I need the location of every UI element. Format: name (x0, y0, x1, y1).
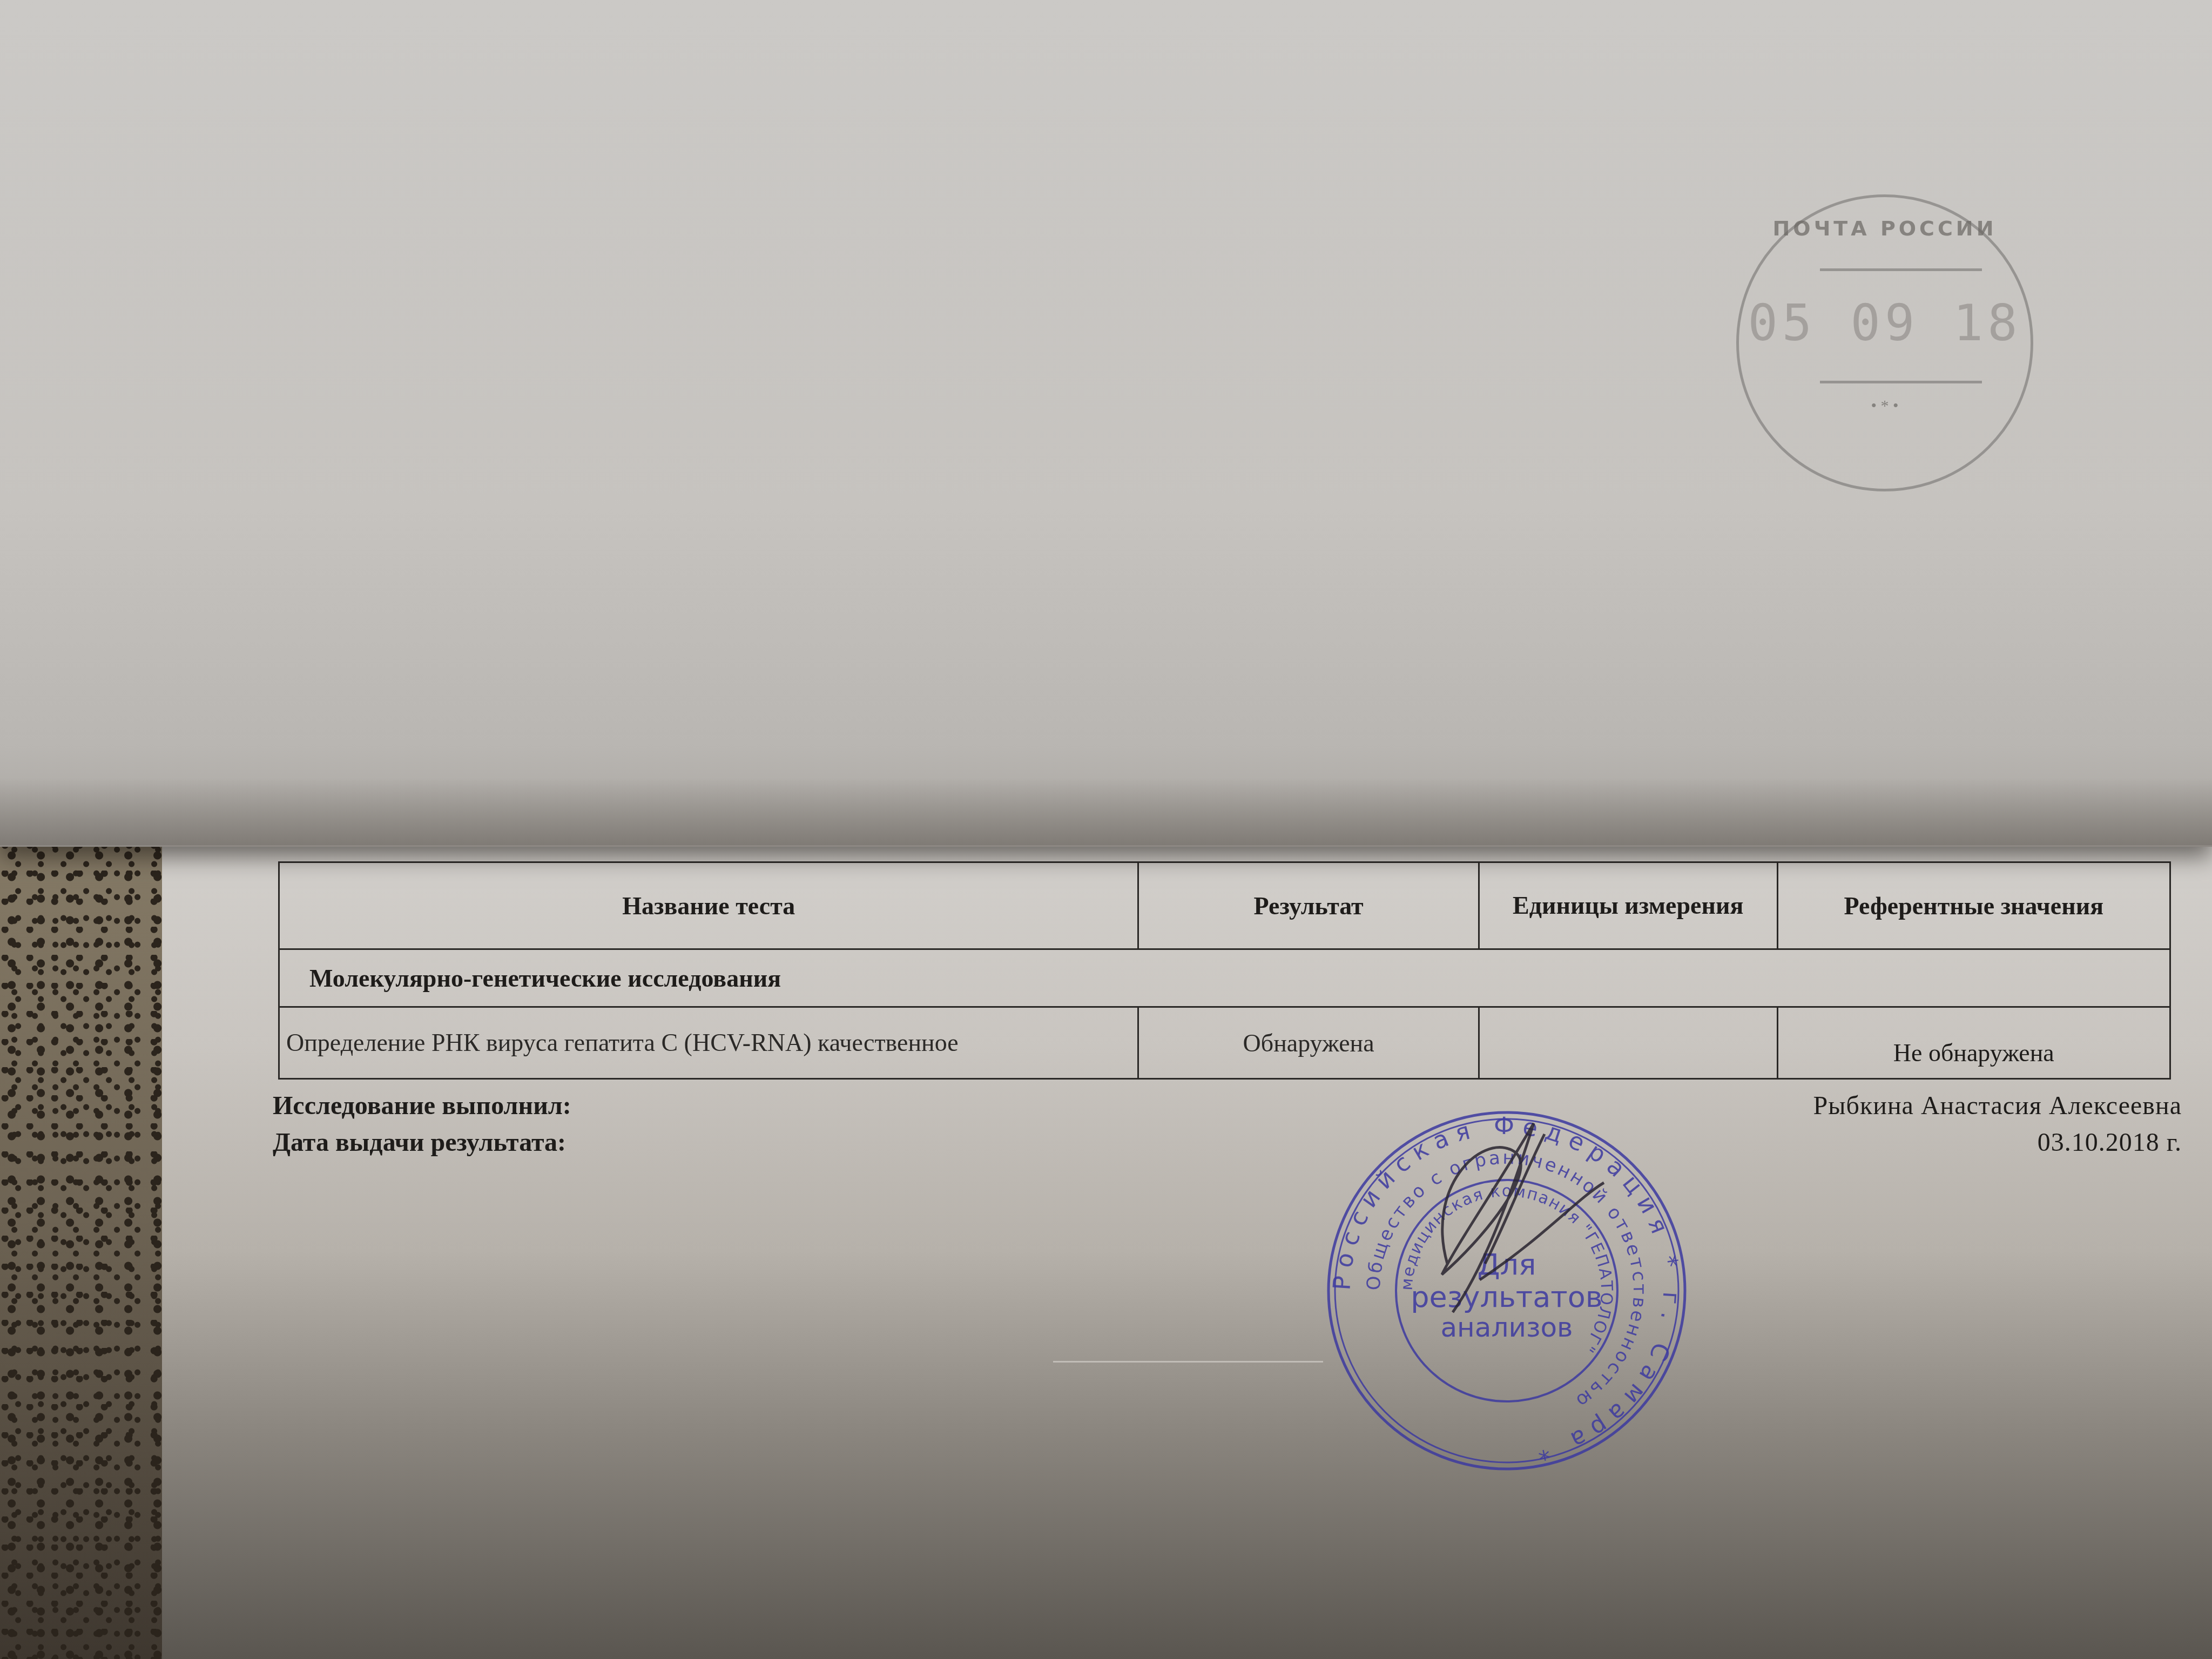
performed-by-value: Рыбкина Анастасия Алексеевна (1813, 1091, 2182, 1121)
envelope: ПОЧТА РОССИИ 05 09 18 • * • (0, 0, 2212, 847)
postmark-date: 05 09 18 (1739, 294, 2031, 352)
granite-surface (0, 842, 184, 1659)
envelope-shadow (0, 778, 2212, 845)
issue-date-value: 03.10.2018 г. (2038, 1128, 2182, 1157)
section-title: Молекулярно-генетические исследования (279, 949, 2170, 1007)
header-result: Результат (1138, 862, 1479, 949)
paper-crease (1053, 1361, 1323, 1363)
issue-date-label: Дата выдачи результата: (273, 1128, 566, 1157)
header-units: Единицы измерения (1479, 862, 1777, 949)
postmark-title: ПОЧТА РОССИИ (1739, 217, 2031, 240)
units-cell (1479, 1007, 1777, 1079)
result-cell: Обнаружена (1138, 1007, 1479, 1079)
section-row: Молекулярно-генетические исследования (279, 949, 2170, 1007)
postmark-divider (1820, 381, 1982, 383)
reference-cell: Не обнаружена (1777, 1007, 2170, 1079)
table-row: Определение РНК вируса гепатита С (HCV-R… (279, 1007, 2170, 1079)
seal-stamp-icon: Российская Федерация * г. Самара * Общес… (1318, 1102, 1696, 1480)
postmark-star-icon: • * • (1739, 397, 2031, 415)
svg-text:результатов: результатов (1411, 1280, 1602, 1314)
test-name-cell: Определение РНК вируса гепатита С (HCV-R… (279, 1007, 1138, 1079)
table-header-row: Название теста Результат Единицы измерен… (279, 862, 2170, 949)
lab-result-table: Название теста Результат Единицы измерен… (278, 861, 2171, 1080)
issue-date-row: Дата выдачи результата: 03.10.2018 г. (273, 1128, 2182, 1157)
company-seal: Российская Федерация * г. Самара * Общес… (1318, 1102, 1696, 1480)
svg-text:анализов: анализов (1440, 1312, 1573, 1343)
postmark-stamp: ПОЧТА РОССИИ 05 09 18 • * • (1736, 194, 2033, 491)
performed-by-label: Исследование выполнил: (273, 1091, 571, 1121)
header-reference: Референтные значения (1777, 862, 2170, 949)
postmark-divider (1820, 268, 1982, 271)
header-test-name: Название теста (279, 862, 1138, 949)
performed-by-row: Исследование выполнил: Рыбкина Анастасия… (273, 1091, 2182, 1121)
